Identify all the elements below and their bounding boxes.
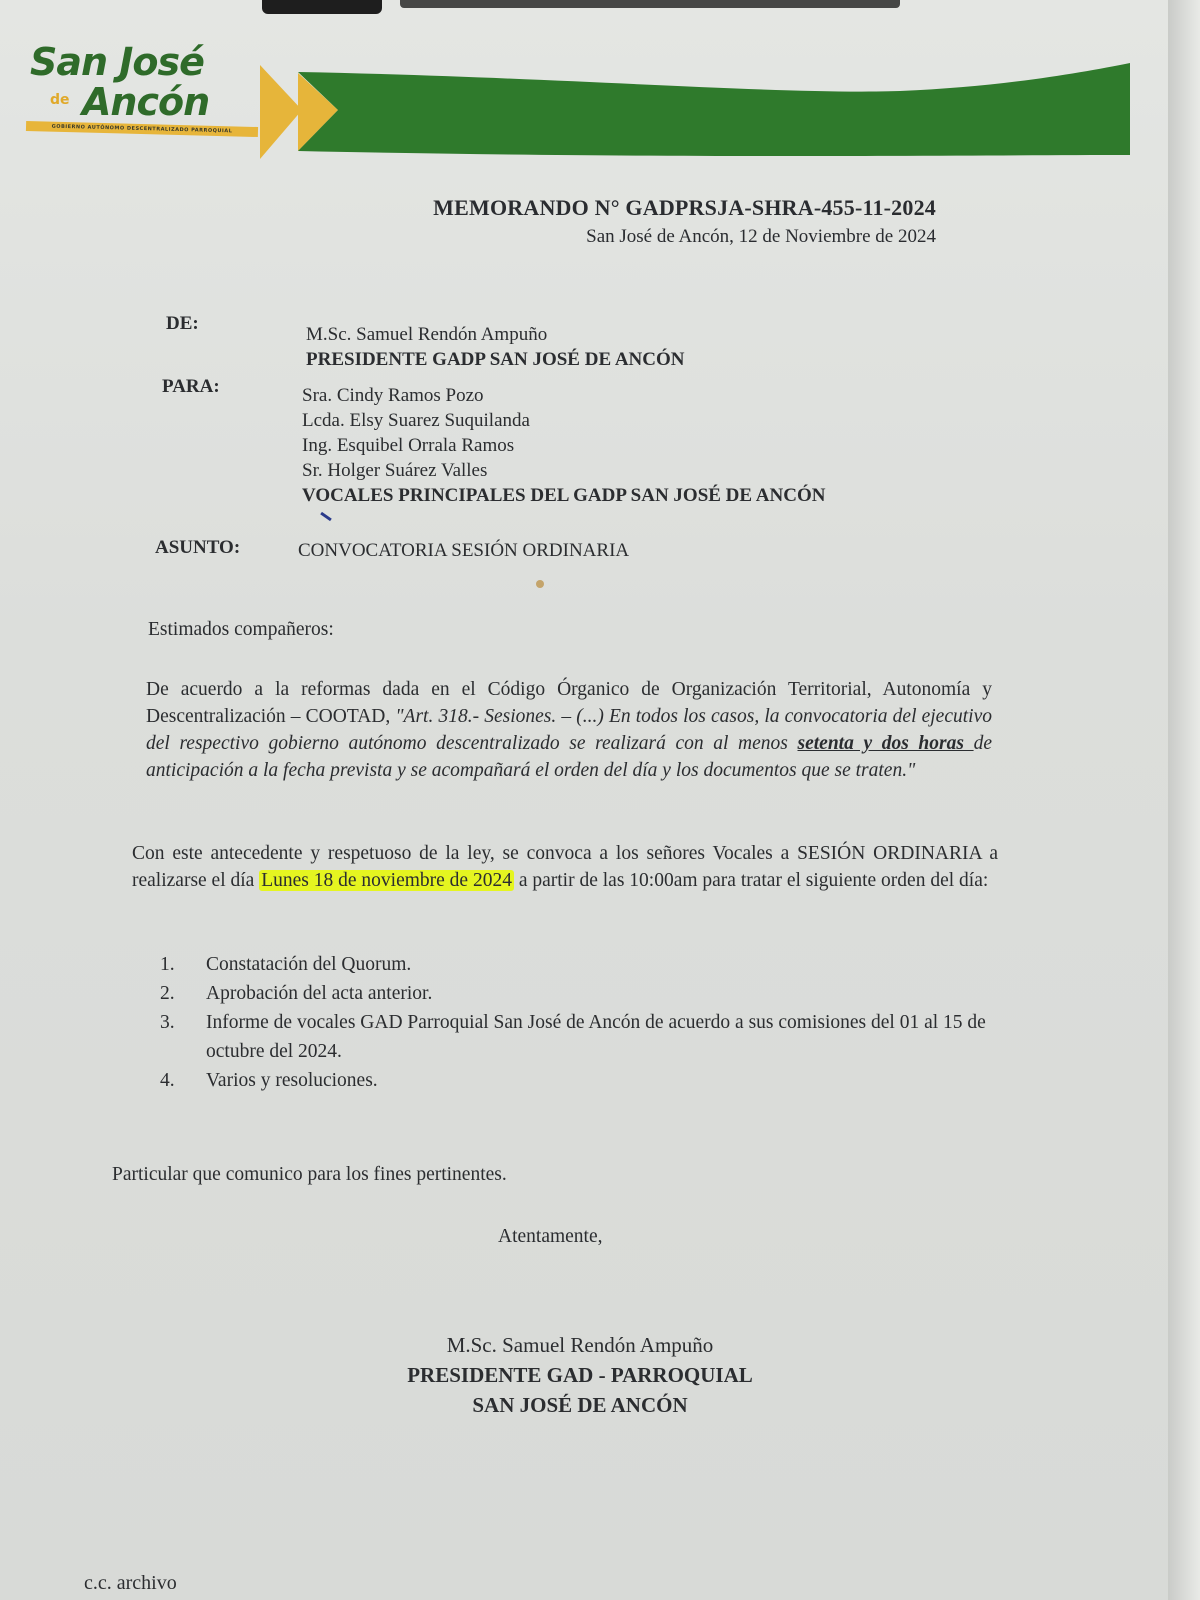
pen-mark bbox=[320, 512, 332, 521]
cootad-quote-emphasis: setenta y dos horas bbox=[798, 733, 974, 754]
signer-name: M.Sc. Samuel Rendón Ampuño bbox=[370, 1330, 790, 1360]
convocation-b: a partir de las 10:00am para tratar el s… bbox=[514, 870, 988, 891]
paper-stain bbox=[536, 580, 544, 588]
agenda-list: 1. Constatación del Quorum. 2. Aprobació… bbox=[160, 950, 1030, 1095]
agenda-number: 2. bbox=[160, 979, 206, 1008]
paragraph-cootad: De acuerdo a la reformas dada en el Códi… bbox=[146, 676, 992, 784]
paper-above bbox=[400, 0, 900, 8]
logo-tagline: GOBIERNO AUTÓNOMO DESCENTRALIZADO PARROQ… bbox=[26, 121, 258, 137]
memo-number: MEMORANDO N° GADPRSJA-SHRA-455-11-2024 bbox=[433, 195, 936, 221]
page-edge bbox=[1168, 0, 1200, 1600]
memo-page: San José de Ancón GOBIERNO AUTÓNOMO DESC… bbox=[0, 0, 1168, 1600]
paragraph-convocation: Con este antecedente y respetuoso de la … bbox=[132, 840, 998, 894]
memo-place-date: San José de Ancón, 12 de Noviembre de 20… bbox=[586, 226, 936, 248]
agenda-text: Constatación del Quorum. bbox=[206, 950, 1030, 979]
agenda-number: 1. bbox=[160, 950, 206, 979]
header-banner bbox=[260, 55, 1150, 165]
from-label: DE: bbox=[166, 313, 199, 335]
logo-text-line2: Ancón bbox=[82, 80, 209, 124]
agenda-text: Aprobación del acta anterior. bbox=[206, 979, 1030, 1008]
banner-arrows-icon bbox=[260, 55, 1150, 165]
organization-logo: San José de Ancón GOBIERNO AUTÓNOMO DESC… bbox=[22, 40, 262, 150]
logo-text-line1: San José bbox=[30, 40, 204, 84]
recipient: Ing. Esquibel Orrala Ramos bbox=[302, 433, 825, 458]
to-label: PARA: bbox=[162, 376, 220, 398]
binder-clip bbox=[262, 0, 382, 14]
agenda-item: 2. Aprobación del acta anterior. bbox=[160, 979, 1030, 1008]
signer-title: PRESIDENTE GAD - PARROQUIAL bbox=[370, 1360, 790, 1390]
signer-organization: SAN JOSÉ DE ANCÓN bbox=[370, 1390, 790, 1420]
salutation: Atentamente, bbox=[498, 1226, 603, 1248]
subject-text: CONVOCATORIA SESIÓN ORDINARIA bbox=[298, 538, 629, 563]
agenda-text: Varios y resoluciones. bbox=[206, 1066, 1030, 1095]
recipient: Sra. Cindy Ramos Pozo bbox=[302, 383, 825, 408]
agenda-number: 4. bbox=[160, 1066, 206, 1095]
agenda-item: 1. Constatación del Quorum. bbox=[160, 950, 1030, 979]
agenda-item: 3. Informe de vocales GAD Parroquial San… bbox=[160, 1008, 1030, 1066]
carbon-copy: c.c. archivo bbox=[84, 1572, 177, 1595]
agenda-item: 4. Varios y resoluciones. bbox=[160, 1066, 1030, 1095]
logo-text-de: de bbox=[50, 92, 70, 108]
agenda-text: Informe de vocales GAD Parroquial San Jo… bbox=[206, 1008, 1030, 1066]
recipient: Lcda. Elsy Suarez Suquilanda bbox=[302, 408, 825, 433]
recipient-group: VOCALES PRINCIPALES DEL GADP SAN JOSÉ DE… bbox=[302, 483, 825, 508]
closing-line: Particular que comunico para los fines p… bbox=[112, 1164, 507, 1186]
recipient: Sr. Holger Suárez Valles bbox=[302, 458, 825, 483]
highlighted-date: Lunes 18 de noviembre de 2024 bbox=[259, 870, 514, 891]
agenda-number: 3. bbox=[160, 1008, 206, 1066]
from-name: M.Sc. Samuel Rendón Ampuño bbox=[306, 322, 685, 347]
greeting: Estimados compañeros: bbox=[148, 616, 334, 643]
from-block: M.Sc. Samuel Rendón Ampuño PRESIDENTE GA… bbox=[306, 322, 685, 372]
from-title: PRESIDENTE GADP SAN JOSÉ DE ANCÓN bbox=[306, 347, 685, 372]
signature-block: M.Sc. Samuel Rendón Ampuño PRESIDENTE GA… bbox=[370, 1330, 790, 1420]
to-block: Sra. Cindy Ramos Pozo Lcda. Elsy Suarez … bbox=[302, 383, 825, 508]
subject-label: ASUNTO: bbox=[155, 537, 240, 559]
